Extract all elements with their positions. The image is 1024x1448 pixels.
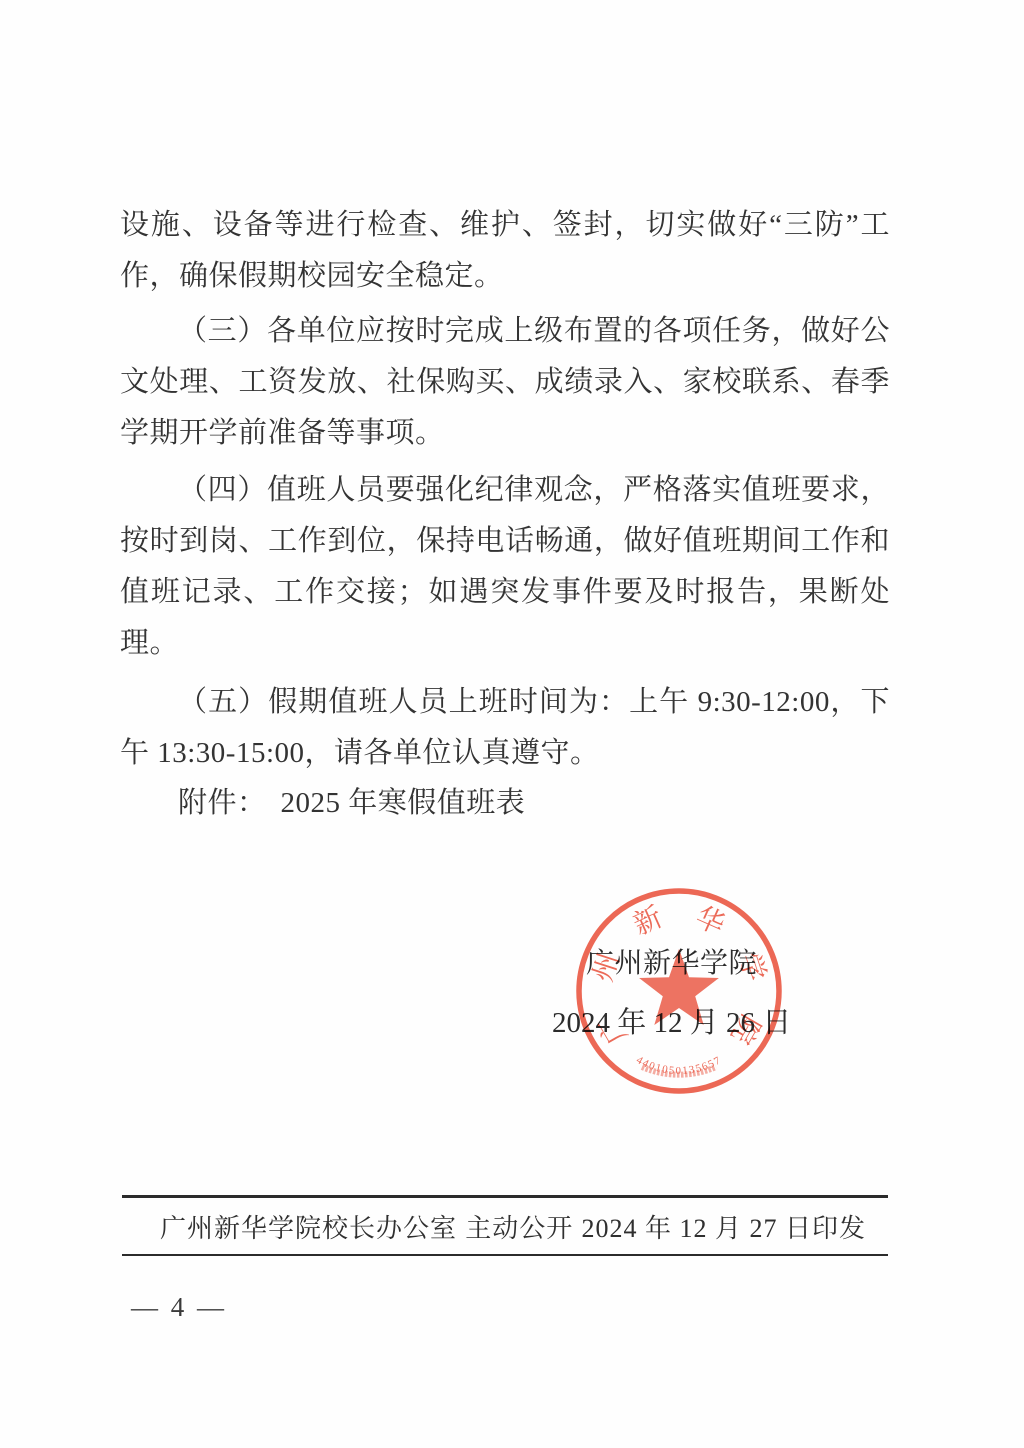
document-page: 设施、设备等进行检查、维护、签封，切实做好“三防”工作，确保假期校园安全稳定。 … xyxy=(0,0,1024,1448)
seal-arc-char: 院 xyxy=(724,1009,766,1049)
attachment-title: 2025 年寒假值班表 xyxy=(281,787,526,819)
document-body: 设施、设备等进行检查、维护、签封，切实做好“三防”工作，确保假期校园安全稳定。 … xyxy=(120,200,890,779)
paragraph-item-4: （四）值班人员要强化纪律观念，严格落实值班要求，按时到岗、工作到位，保持电话畅通… xyxy=(120,465,890,669)
seal-star-icon xyxy=(639,949,719,1025)
footer-print-date: 2024 年 12 月 27 日印发 xyxy=(581,1208,866,1245)
paragraph-continuation: 设施、设备等进行检查、维护、签封，切实做好“三防”工作，确保假期校园安全稳定。 xyxy=(120,200,890,302)
seal-arc-char: 州 xyxy=(588,949,626,985)
seal-arc-char: 学 xyxy=(732,949,771,986)
seal-arc-char: 广 xyxy=(592,1009,634,1049)
footer-issuer: 广州新华学院校长办公室 xyxy=(160,1208,457,1245)
paragraph-item-3: （三）各单位应按时完成上级布置的各项任务，做好公文处理、工资发放、社保购买、成绩… xyxy=(120,306,890,459)
attachment-label: 附件： xyxy=(178,787,267,819)
footer-publicity: 主动公开 xyxy=(465,1208,573,1245)
official-seal-stamp-icon: 广 州 新 华 学 院 4401050135657 xyxy=(574,886,784,1096)
seal-arc-char: 华 xyxy=(691,901,730,942)
attachment-line: 附件：2025 年寒假值班表 xyxy=(120,780,890,821)
page-number: — 4 — xyxy=(131,1292,227,1323)
seal-arc-char: 新 xyxy=(629,901,668,942)
footer-issuance-bar: 广州新华学院校长办公室 主动公开 2024 年 12 月 27 日印发 xyxy=(122,1195,888,1256)
paragraph-item-5: （五）假期值班人员上班时间为：上午 9:30-12:00，下午 13:30-15… xyxy=(120,677,890,779)
